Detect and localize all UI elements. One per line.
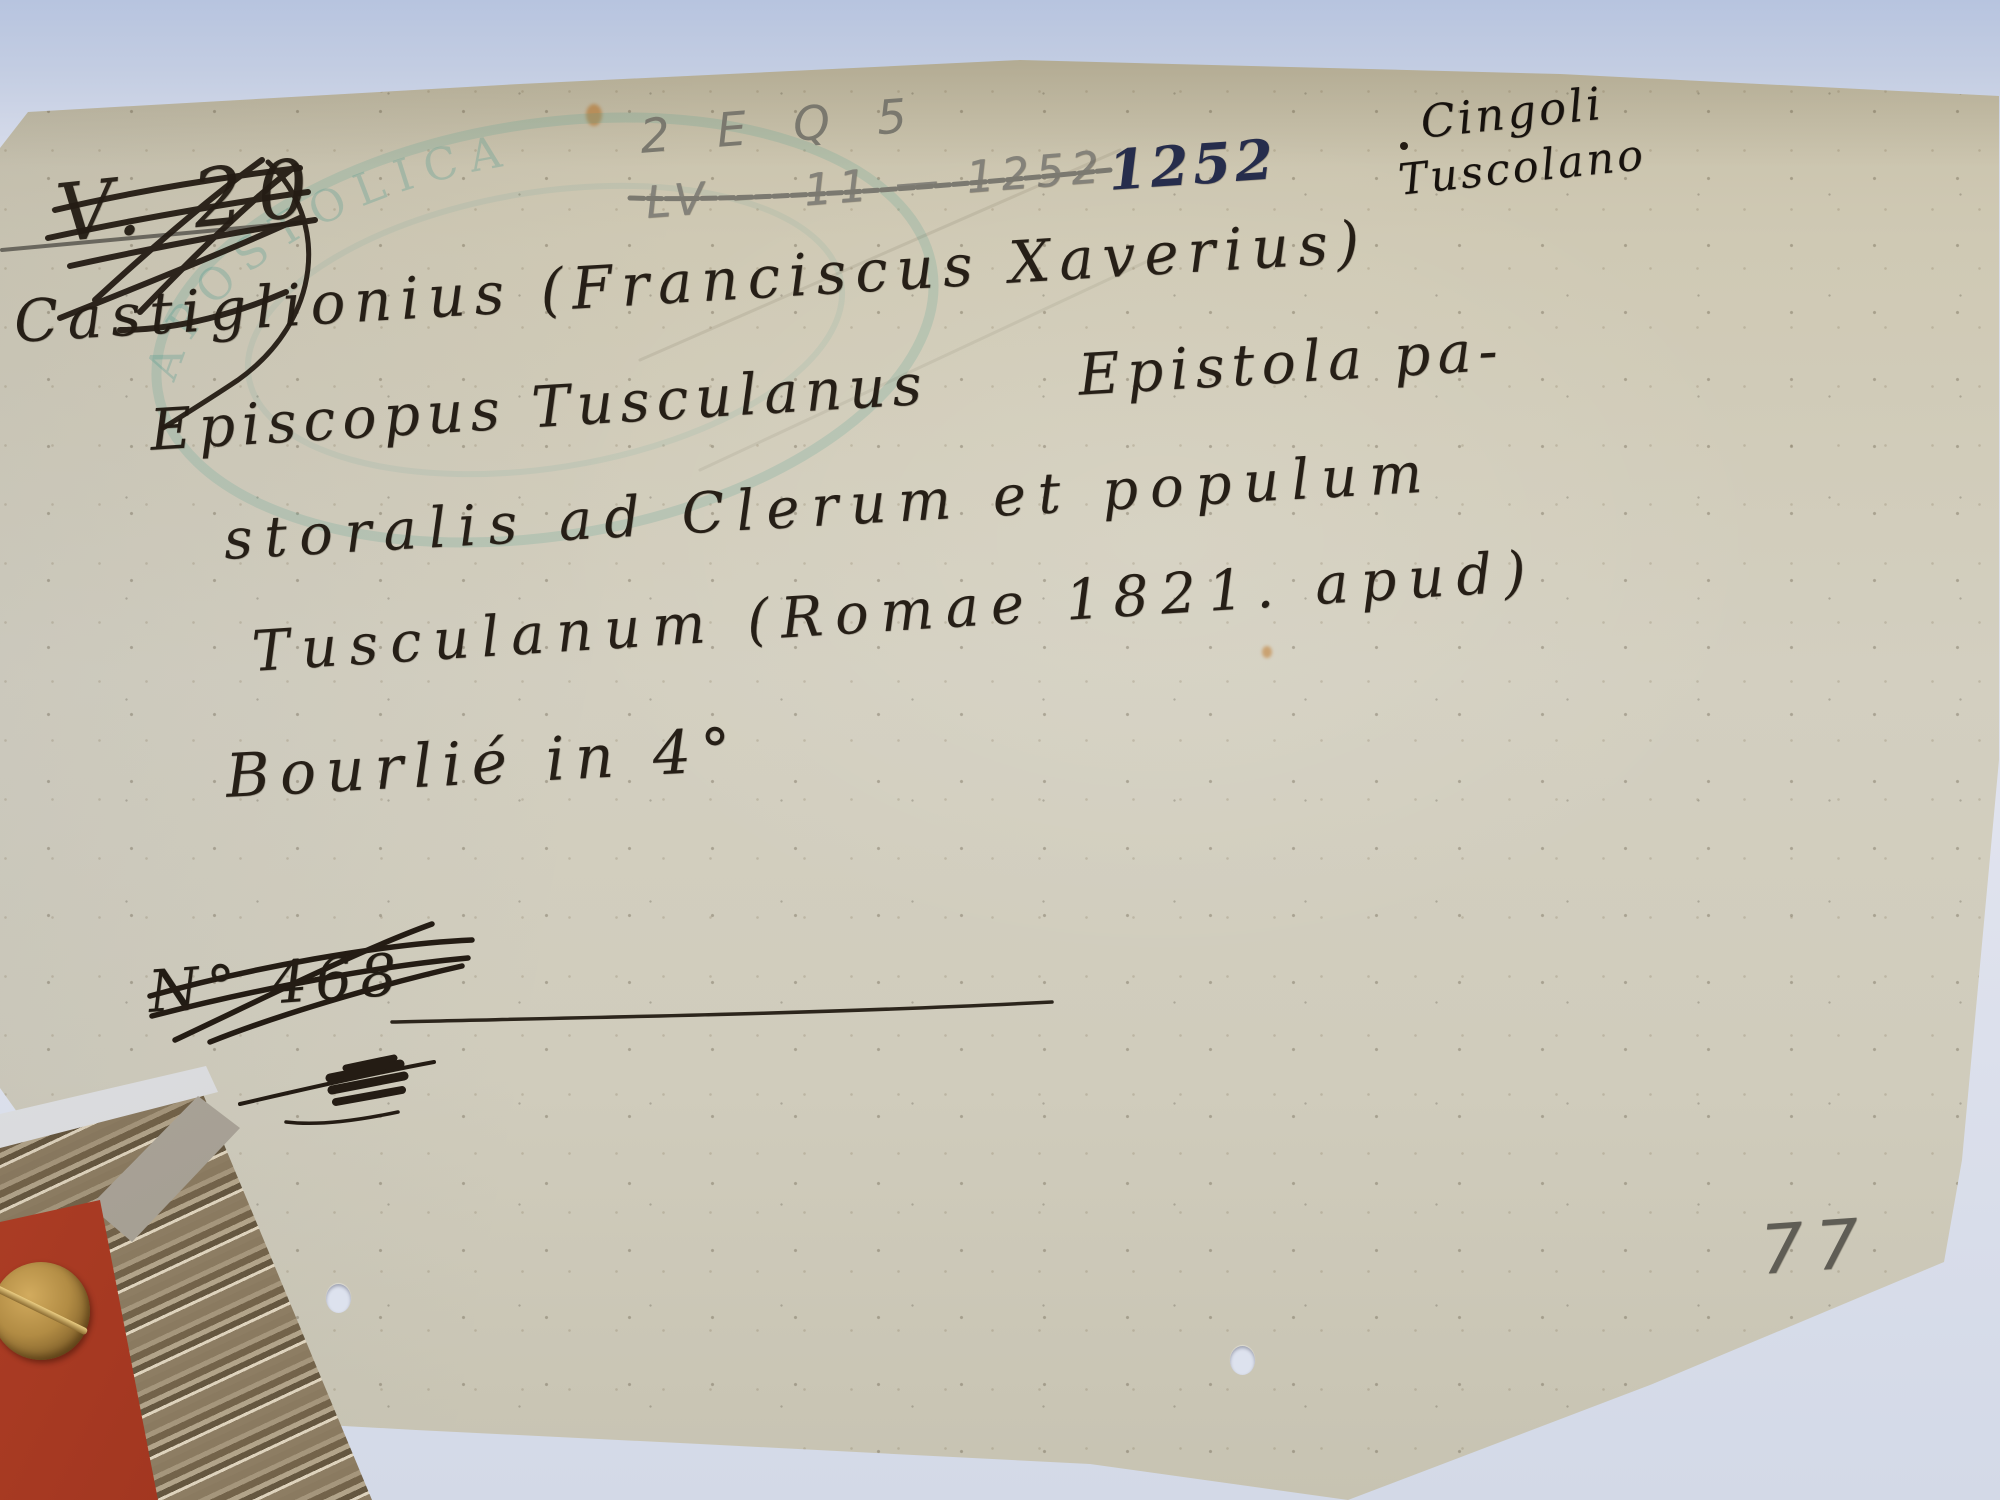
leather-corner (0, 0, 2000, 1500)
white-card-edge (0, 0, 2000, 1500)
card-bundle (0, 0, 2000, 1500)
catalog-card-photo: APOSTOLICA V. 20 2 E Q 5 LV — 11 — 1252 … (0, 0, 2000, 1500)
gray-card-edge (0, 0, 2000, 1500)
page-edges (0, 0, 2000, 1500)
